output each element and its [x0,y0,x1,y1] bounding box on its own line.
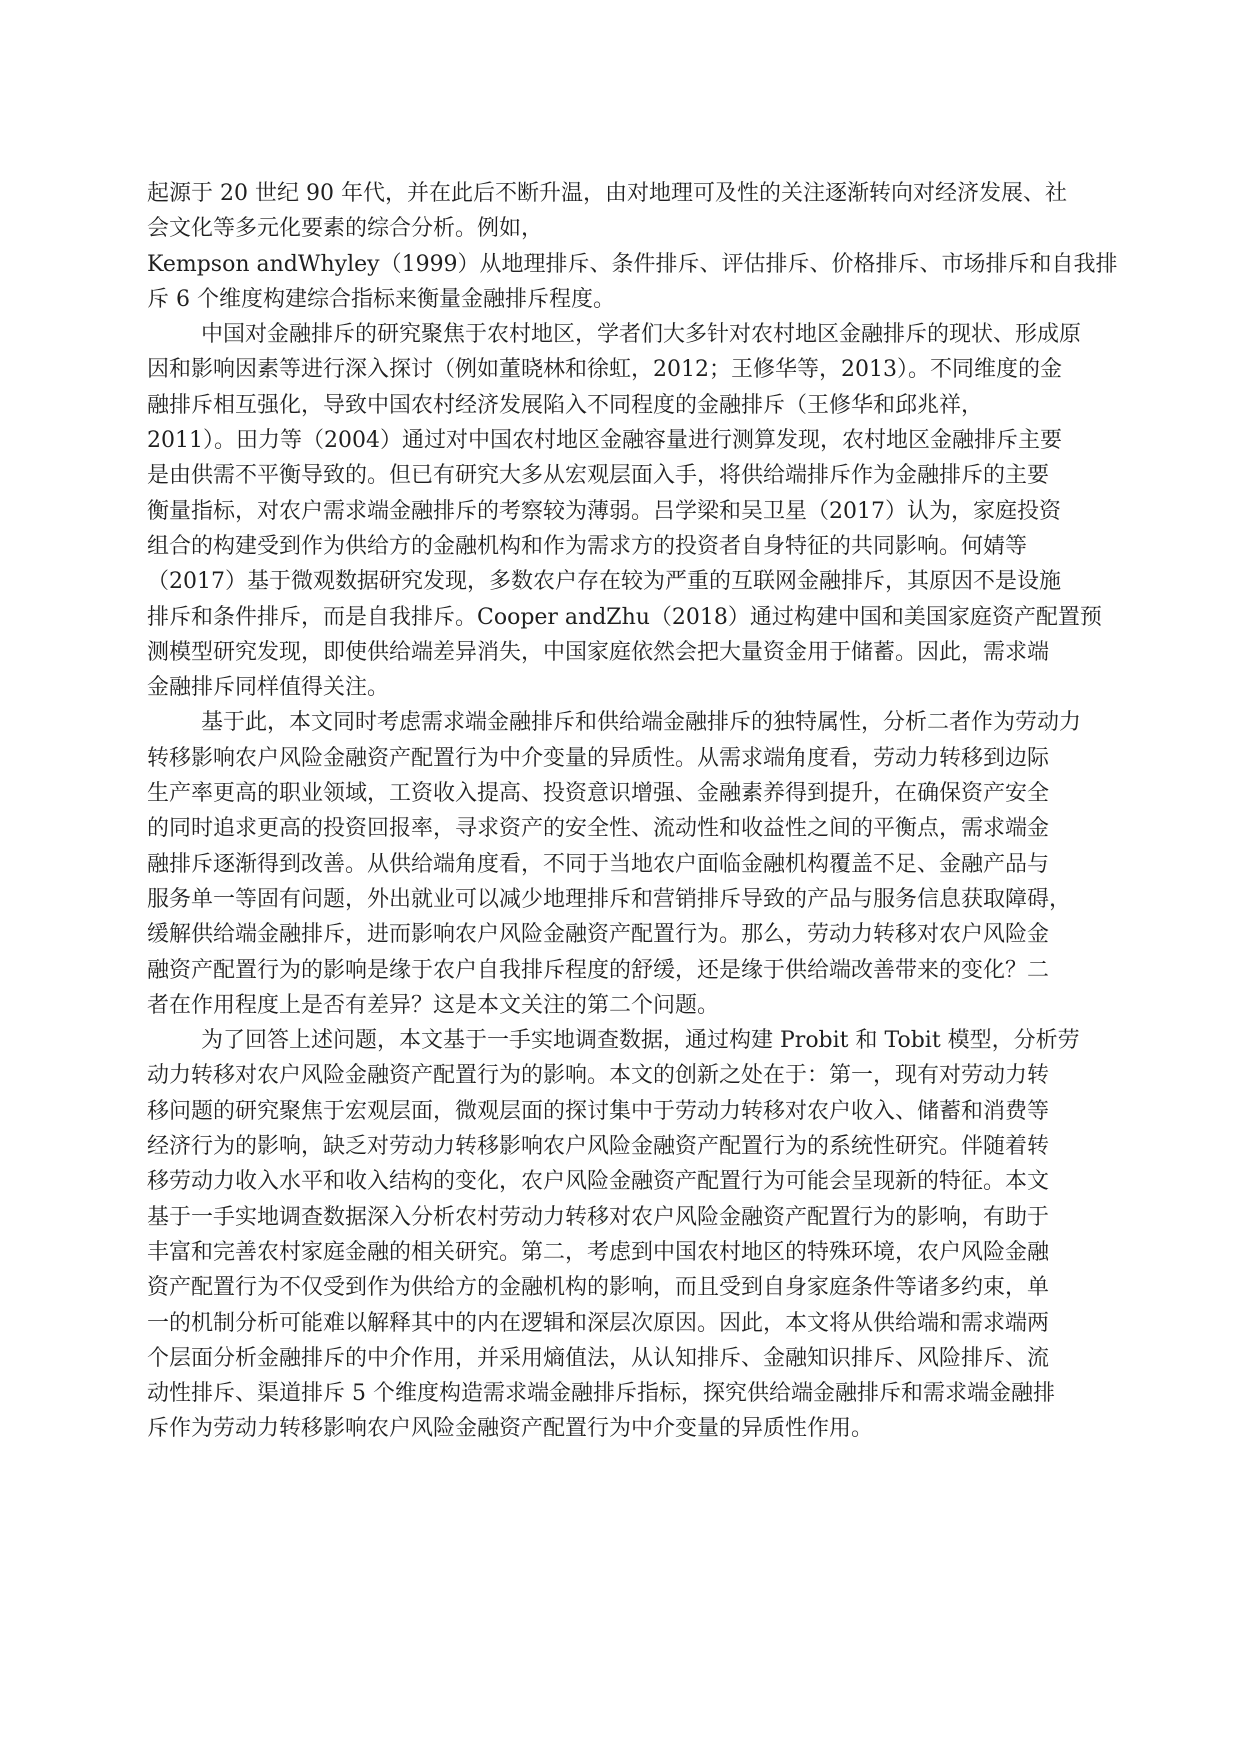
text-line: 2011）。田力等（2004）通过对中国农村地区金融容量进行测算发现，农村地区金… [147,423,1087,458]
text-line: 经济行为的影响，缺乏对劳动力转移影响农户风险金融资产配置行为的系统性研究。伴随着… [147,1129,1087,1164]
text-line: 转移影响农户风险金融资产配置行为中介变量的异质性。从需求端角度看，劳动力转移到边… [147,741,1087,776]
text-line: 为了回答上述问题，本文基于一手实地调查数据，通过构建 Probit 和 Tobi… [147,1023,1087,1058]
text-line: Kempson andWhyley（1999）从地理排斥、条件排斥、评估排斥、价… [147,247,1087,282]
text-line: 起源于 20 世纪 90 年代，并在此后不断升温，由对地理可及性的关注逐渐转向对… [147,176,1087,211]
text-line: 斥作为劳动力转移影响农户风险金融资产配置行为中介变量的异质性作用。 [147,1411,1087,1446]
document-page: 起源于 20 世纪 90 年代，并在此后不断升温，由对地理可及性的关注逐渐转向对… [0,0,1240,1754]
text-line: 动性排斥、渠道排斥 5 个维度构造需求端金融排斥指标，探究供给端金融排斥和需求端… [147,1376,1087,1411]
text-line: 生产率更高的职业领域，工资收入提高、投资意识增强、金融素养得到提升，在确保资产安… [147,776,1087,811]
text-line: 资产配置行为不仅受到作为供给方的金融机构的影响，而且受到自身家庭条件等诸多约束，… [147,1270,1087,1305]
text-line: （2017）基于微观数据研究发现，多数农户存在较为严重的互联网金融排斥，其原因不… [147,564,1087,599]
body-text: 起源于 20 世纪 90 年代，并在此后不断升温，由对地理可及性的关注逐渐转向对… [147,176,1087,1447]
text-line: 一的机制分析可能难以解释其中的内在逻辑和深层次原因。因此，本文将从供给端和需求端… [147,1306,1087,1341]
text-line: 排斥和条件排斥，而是自我排斥。Cooper andZhu（2018）通过构建中国… [147,600,1087,635]
text-line: 基于此，本文同时考虑需求端金融排斥和供给端金融排斥的独特属性，分析二者作为劳动力 [147,705,1087,740]
text-line: 丰富和完善农村家庭金融的相关研究。第二，考虑到中国农村地区的特殊环境，农户风险金… [147,1235,1087,1270]
text-line: 的同时追求更高的投资回报率，寻求资产的安全性、流动性和收益性之间的平衡点，需求端… [147,811,1087,846]
text-line: 因和影响因素等进行深入探讨（例如董晓林和徐虹，2012；王修华等，2013）。不… [147,352,1087,387]
text-line: 融资产配置行为的影响是缘于农户自我排斥程度的舒缓，还是缘于供给端改善带来的变化？… [147,953,1087,988]
text-line: 是由供需不平衡导致的。但已有研究大多从宏观层面入手，将供给端排斥作为金融排斥的主… [147,458,1087,493]
text-line: 金融排斥同样值得关注。 [147,670,1087,705]
paragraph: 基于此，本文同时考虑需求端金融排斥和供给端金融排斥的独特属性，分析二者作为劳动力… [147,705,1087,1023]
text-line: 衡量指标，对农户需求端金融排斥的考察较为薄弱。吕学梁和吴卫星（2017）认为，家… [147,494,1087,529]
text-line: 会文化等多元化要素的综合分析。例如， [147,211,1087,246]
text-line: 个层面分析金融排斥的中介作用，并采用熵值法，从认知排斥、金融知识排斥、风险排斥、… [147,1341,1087,1376]
text-line: 缓解供给端金融排斥，进而影响农户风险金融资产配置行为。那么，劳动力转移对农户风险… [147,917,1087,952]
text-line: 中国对金融排斥的研究聚焦于农村地区，学者们大多针对农村地区金融排斥的现状、形成原 [147,317,1087,352]
text-line: 基于一手实地调查数据深入分析农村劳动力转移对农户风险金融资产配置行为的影响，有助… [147,1200,1087,1235]
text-line: 者在作用程度上是否有差异？这是本文关注的第二个问题。 [147,988,1087,1023]
paragraph: 起源于 20 世纪 90 年代，并在此后不断升温，由对地理可及性的关注逐渐转向对… [147,176,1087,317]
paragraph: 为了回答上述问题，本文基于一手实地调查数据，通过构建 Probit 和 Tobi… [147,1023,1087,1447]
text-line: 移劳动力收入水平和收入结构的变化，农户风险金融资产配置行为可能会呈现新的特征。本… [147,1164,1087,1199]
text-line: 融排斥逐渐得到改善。从供给端角度看，不同于当地农户面临金融机构覆盖不足、金融产品… [147,847,1087,882]
text-line: 斥 6 个维度构建综合指标来衡量金融排斥程度。 [147,282,1087,317]
text-line: 动力转移对农户风险金融资产配置行为的影响。本文的创新之处在于：第一，现有对劳动力… [147,1058,1087,1093]
paragraph: 中国对金融排斥的研究聚焦于农村地区，学者们大多针对农村地区金融排斥的现状、形成原… [147,317,1087,705]
text-line: 移问题的研究聚焦于宏观层面，微观层面的探讨集中于劳动力转移对农户收入、储蓄和消费… [147,1094,1087,1129]
text-line: 融排斥相互强化，导致中国农村经济发展陷入不同程度的金融排斥（王修华和邱兆祥， [147,388,1087,423]
text-line: 服务单一等固有问题，外出就业可以减少地理排斥和营销排斥导致的产品与服务信息获取障… [147,882,1087,917]
text-line: 组合的构建受到作为供给方的金融机构和作为需求方的投资者自身特征的共同影响。何婧等 [147,529,1087,564]
text-line: 测模型研究发现，即使供给端差异消失，中国家庭依然会把大量资金用于储蓄。因此，需求… [147,635,1087,670]
